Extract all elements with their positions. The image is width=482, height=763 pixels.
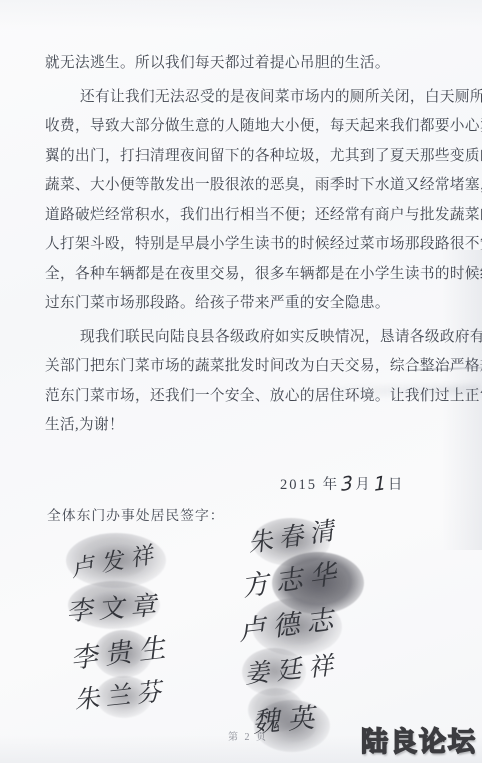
body-line: 蔬菜、大小便等散发出一股很浓的恶臭，雨季时下水道又经常堵塞， bbox=[45, 171, 449, 201]
signature-section-label: 全体东门办事处居民签字： bbox=[47, 504, 225, 524]
body-line: 道路破烂经常积水，我们出行相当不便；还经常有商户与批发蔬菜的 bbox=[45, 201, 449, 231]
body-line: 就无法逃生。所以我们每天都过着提心吊胆的生活。 bbox=[45, 49, 449, 79]
date-year: 2015 bbox=[280, 477, 317, 493]
watermark-text: 陆良论坛 bbox=[361, 720, 477, 759]
date-year-unit: 年 bbox=[323, 477, 340, 493]
date-line: 2015 年3月1日 bbox=[280, 472, 404, 494]
resident-signature: 魏英 bbox=[250, 695, 323, 740]
resident-signature: 李贵生 bbox=[68, 625, 174, 676]
body-line: 范东门菜市场，还我们一个安全、放心的居住环境。让我们过上正常 bbox=[45, 382, 449, 412]
scan-shading-top bbox=[0, 0, 482, 30]
handwritten-month-digit: 3 bbox=[341, 472, 354, 496]
body-line: 过东门菜市场那段路。给孩子带来严重的安全隐患。 bbox=[45, 289, 449, 319]
scanned-petition-page: 就无法逃生。所以我们每天都过着提心吊胆的生活。 还有让我们无法忍受的是夜间菜市场… bbox=[0, 0, 482, 763]
body-line: 还有让我们无法忍受的是夜间菜市场内的厕所关闭，白天厕所 bbox=[45, 83, 449, 113]
date-day-unit: 日 bbox=[388, 477, 405, 493]
body-line: 全，各种车辆都是在夜里交易，很多车辆都是在小学生读书的时候经 bbox=[45, 260, 449, 290]
date-month-unit: 月 bbox=[355, 477, 372, 493]
body-line: 生活,为谢！ bbox=[45, 411, 449, 441]
body-line: 收费，导致大部分做生意的人随地大小便，每天起来我们都要小心翼 bbox=[45, 112, 449, 142]
body-line: 现我们联民向陆良县各级政府如实反映情况，恳请各级政府有 bbox=[45, 323, 449, 353]
handwritten-day-digit: 1 bbox=[373, 472, 386, 496]
body-line: 人打架斗殴，特别是早晨小学生读书的时候经过菜市场那段路很不安 bbox=[45, 230, 449, 260]
body-line: 关部门把东门菜市场的蔬菜批发时间改为白天交易，综合整治严格规 bbox=[45, 352, 449, 382]
body-line: 翼的出门，打扫清理夜间留下的各种垃圾，尤其到了夏天那些变质的 bbox=[45, 142, 449, 172]
resident-signature: 李文章 bbox=[65, 585, 163, 629]
resident-signature: 朱兰芬 bbox=[72, 671, 168, 717]
petition-body-text: 就无法逃生。所以我们每天都过着提心吊胆的生活。 还有让我们无法忍受的是夜间菜市场… bbox=[45, 49, 449, 441]
